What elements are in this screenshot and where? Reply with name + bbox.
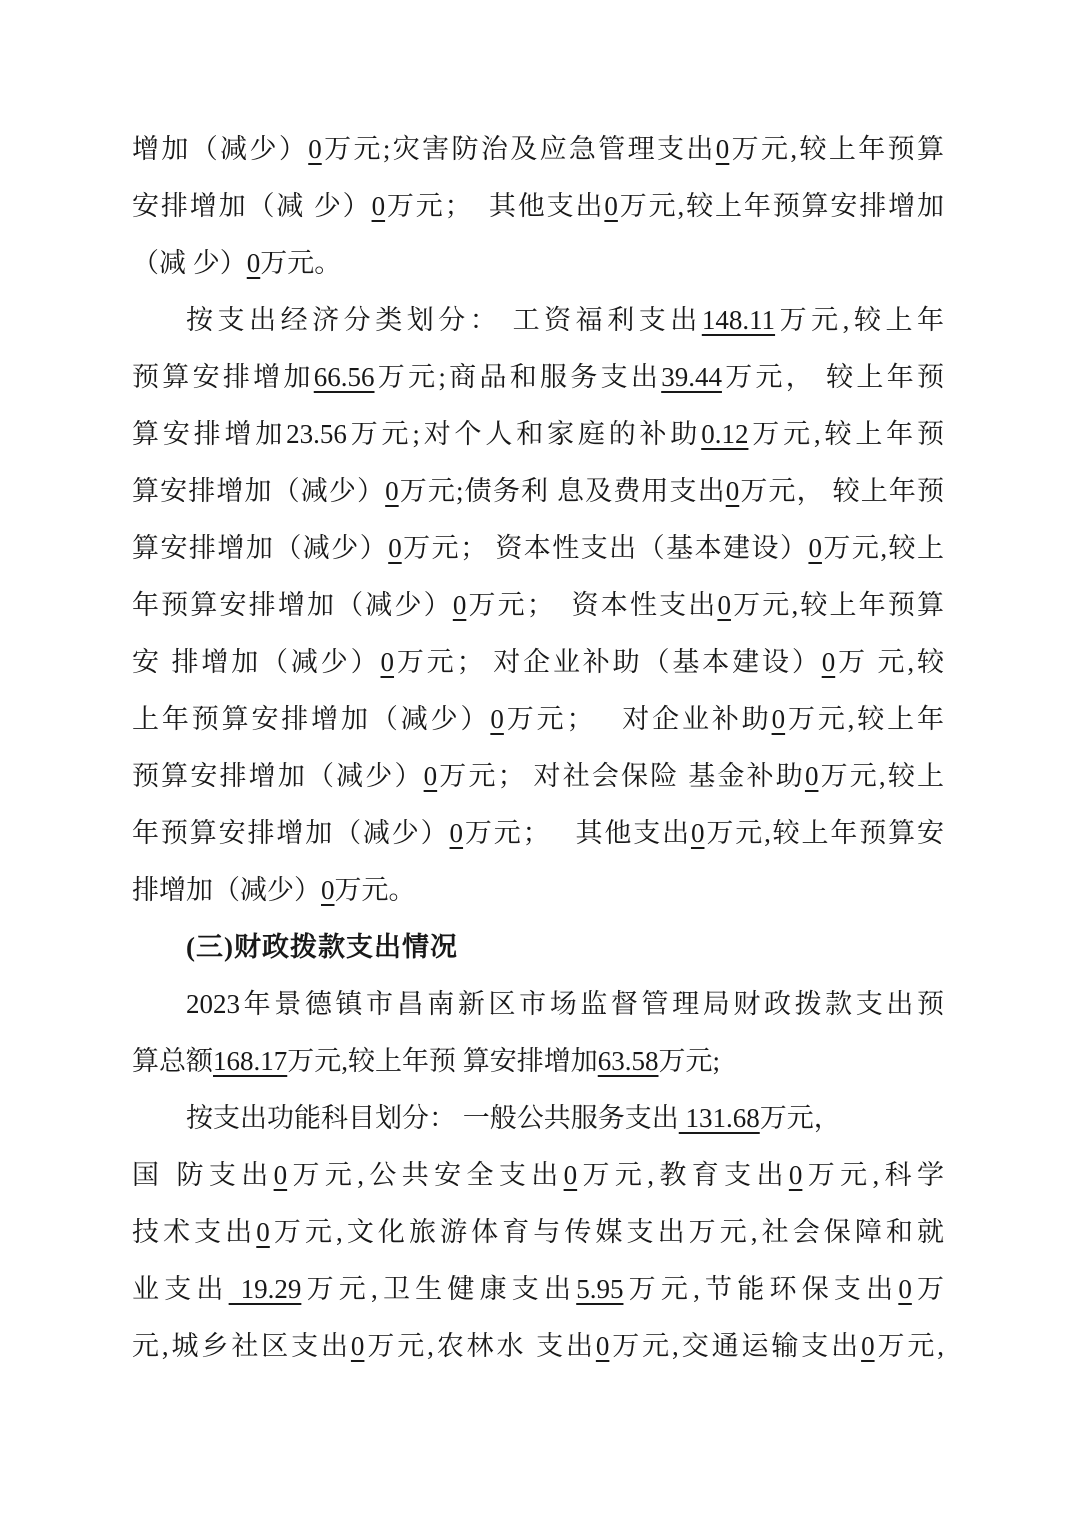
text-line: 排增加（减少）0万元。 <box>132 862 944 919</box>
text-segment: 万元, <box>875 1331 944 1361</box>
text-line: 算安排增加（减少）0万元； 资本性支出（基本建设）0万元,较上 <box>132 520 944 577</box>
text-segment: 万元;灾害防治及应急管理支出 <box>322 134 716 164</box>
text-segment: 排增加（减少） <box>132 875 321 905</box>
underlined-value: 0 <box>861 1331 875 1361</box>
text-segment: 万 <box>912 1274 944 1304</box>
text-segment: 万元,教育支出 <box>577 1160 789 1190</box>
text-line: 技术支出0万元,文化旅游体育与传媒支出万元,社会保障和就 <box>132 1204 944 1261</box>
underlined-value: 131.68 <box>679 1103 760 1133</box>
text-segment: 算总额 <box>132 1046 213 1076</box>
text-segment: (三)财政拨款支出情况 <box>186 932 458 962</box>
text-line: 预算安排增加66.56万元;商品和服务支出39.44万元， 较上年预 <box>132 349 944 406</box>
text-segment: 预算安排增加（减少） <box>132 761 424 791</box>
text-line: 算安排增加（减少）0万元;债务利 息及费用支出0万元， 较上年预 <box>132 463 944 520</box>
text-segment: 万元； 资本性支出（基本建设） <box>402 533 809 563</box>
underlined-value: 0 <box>822 647 836 677</box>
underlined-value: 63.58 <box>598 1046 659 1076</box>
text-segment: 元,城乡社区支出 <box>132 1331 351 1361</box>
underlined-value: 0 <box>247 248 261 278</box>
text-segment: 2023年景德镇市昌南新区市场监督管理局财政拨款支出预 <box>186 989 944 1019</box>
text-segment: 万元,较上年预算安排增加 <box>618 191 944 221</box>
text-line: 年预算安排增加（减少）0万元； 资本性支出0万元,较上年预算 <box>132 577 944 634</box>
underlined-value: 0 <box>564 1160 578 1190</box>
underlined-value: 0 <box>256 1217 270 1247</box>
text-segment: 万元,较上 <box>818 761 944 791</box>
text-segment: 万元,较上年预 <box>748 419 944 449</box>
underlined-value: 0 <box>381 647 395 677</box>
underlined-value: 0 <box>691 818 705 848</box>
text-line: （减 少）0万元。 <box>132 235 944 292</box>
underlined-value: 0 <box>772 704 786 734</box>
document-page: 增加（减少）0万元;灾害防治及应急管理支出0万元,较上年预算安排增加（减 少）0… <box>0 0 1074 1520</box>
text-line: 算总额168.17万元,较上年预 算安排增加63.58万元; <box>132 1033 944 1090</box>
text-segment: 万元,节能环保支出 <box>623 1274 898 1304</box>
text-line: 增加（减少）0万元;灾害防治及应急管理支出0万元,较上年预算 <box>132 121 944 178</box>
underlined-value: 39.44 <box>661 362 722 392</box>
text-segment: （减 少） <box>132 248 247 278</box>
underlined-value: 0 <box>385 476 399 506</box>
underlined-value: 0 <box>789 1160 803 1190</box>
text-segment: 万元； 对企业补助（基本建设） <box>394 647 822 677</box>
text-segment: 万元,较上年预算安 <box>704 818 944 848</box>
underlined-value: 0 <box>726 476 740 506</box>
text-segment: 业支出 <box>132 1274 229 1304</box>
text-segment: 算安排增加23.56万元;对个人和家庭的补助 <box>132 419 701 449</box>
text-line: 元,城乡社区支出0万元,农林水 支出0万元,交通运输支出0万元, <box>132 1318 944 1375</box>
text-segment: 按支出经济分类划分： 工资福利支出 <box>186 305 702 335</box>
text-segment: 技术支出 <box>132 1217 256 1247</box>
text-segment: 万元； 其他支出 <box>385 191 604 221</box>
text-segment: 万元,较上年预算 <box>731 590 944 620</box>
text-segment: 万元,卫生健康支出 <box>301 1274 576 1304</box>
text-segment: 万元;债务利 息及费用支出 <box>399 476 726 506</box>
text-segment: 万元， 较上年预 <box>739 476 944 506</box>
underlined-value: 148.11 <box>702 305 775 335</box>
text-line: 按支出经济分类划分： 工资福利支出148.11万元,较上年 <box>132 292 944 349</box>
underlined-value: 0 <box>716 134 730 164</box>
underlined-value: 0 <box>388 533 402 563</box>
text-line: 2023年景德镇市昌南新区市场监督管理局财政拨款支出预 <box>132 976 944 1033</box>
text-line: 上年预算安排增加（减少）0万元； 对企业补助0万元,较上年 <box>132 691 944 748</box>
underlined-value: 0.12 <box>701 419 748 449</box>
underlined-value: 0 <box>596 1331 610 1361</box>
text-segment: 万元,较上 <box>822 533 944 563</box>
underlined-value: 0 <box>450 818 464 848</box>
text-segment: 预算安排增加 <box>132 362 314 392</box>
text-line: 算安排增加23.56万元;对个人和家庭的补助0.12万元,较上年预 <box>132 406 944 463</box>
text-segment: 万元， 较上年预 <box>722 362 944 392</box>
underlined-value: 0 <box>805 761 819 791</box>
underlined-value: 5.95 <box>576 1274 623 1304</box>
text-line: 国 防支出0万元,公共安全支出0万元,教育支出0万元,科学 <box>132 1147 944 1204</box>
text-line: 年预算安排增加（减少）0万元； 其他支出0万元,较上年预算安 <box>132 805 944 862</box>
underlined-value: 0 <box>604 191 618 221</box>
text-segment: 增加（减少） <box>132 134 308 164</box>
text-segment: 万元; <box>659 1046 721 1076</box>
text-segment: 国 防支出 <box>132 1160 274 1190</box>
underlined-value: 0 <box>717 590 731 620</box>
text-line: 安排增加（减 少）0万元； 其他支出0万元,较上年预算安排增加 <box>132 178 944 235</box>
text-segment: 安排增加（减 少） <box>132 191 372 221</box>
text-segment: 万元,较上年 <box>785 704 944 734</box>
text-line: 按支出功能科目划分： 一般公共服务支出 131.68万元， <box>132 1090 944 1147</box>
underlined-value: 0 <box>274 1160 288 1190</box>
underlined-value: 0 <box>372 191 386 221</box>
text-line: 业支出 19.29万元,卫生健康支出5.95万元,节能环保支出0万 <box>132 1261 944 1318</box>
text-segment: 万元,交通运输支出 <box>609 1331 861 1361</box>
text-segment: 万元； 对社会保险 基金补助 <box>437 761 805 791</box>
underlined-value: 66.56 <box>314 362 375 392</box>
underlined-value: 19.29 <box>229 1274 302 1304</box>
text-segment: 万元,农林水 支出 <box>364 1331 595 1361</box>
underlined-value: 0 <box>308 134 322 164</box>
text-segment: 安 排增加（减少） <box>132 647 381 677</box>
text-segment: 年预算安排增加（减少） <box>132 818 450 848</box>
text-segment: 万元。 <box>335 875 416 905</box>
text-segment: 万元。 <box>260 248 341 278</box>
text-segment: 万元,较上年预算 <box>729 134 944 164</box>
text-segment: 上年预算安排增加（减少） <box>132 704 490 734</box>
underlined-value: 0 <box>453 590 467 620</box>
text-segment: 算安排增加（减少） <box>132 476 385 506</box>
underlined-value: 0 <box>898 1274 912 1304</box>
section-heading: (三)财政拨款支出情况 <box>132 919 944 976</box>
text-segment: 算安排增加（减少） <box>132 533 388 563</box>
document-text-block: 增加（减少）0万元;灾害防治及应急管理支出0万元,较上年预算安排增加（减 少）0… <box>132 121 944 1375</box>
text-line: 安 排增加（减少）0万元； 对企业补助（基本建设）0万 元,较 <box>132 634 944 691</box>
text-segment: 万元； 对企业补助 <box>504 704 772 734</box>
underlined-value: 168.17 <box>213 1046 287 1076</box>
text-segment: 万元； 其他支出 <box>463 818 691 848</box>
text-segment: 万元,科学 <box>802 1160 944 1190</box>
text-segment: 万元； 资本性支出 <box>466 590 717 620</box>
text-segment: 万元,较上年预 算安排增加 <box>287 1046 598 1076</box>
text-segment: 按支出功能科目划分： 一般公共服务支出 <box>186 1103 679 1133</box>
underlined-value: 0 <box>351 1331 365 1361</box>
text-segment: 年预算安排增加（减少） <box>132 590 453 620</box>
underlined-value: 0 <box>808 533 822 563</box>
underlined-value: 0 <box>490 704 504 734</box>
text-segment: 万元,较上年 <box>775 305 944 335</box>
text-segment: 万元,文化旅游体育与传媒支出万元,社会保障和就 <box>270 1217 944 1247</box>
text-segment: 万元， <box>760 1103 841 1133</box>
text-line: 预算安排增加（减少）0万元； 对社会保险 基金补助0万元,较上 <box>132 748 944 805</box>
text-segment: 万元,公共安全支出 <box>287 1160 564 1190</box>
text-segment: 万元;商品和服务支出 <box>375 362 662 392</box>
text-segment: 万 元,较 <box>835 647 944 677</box>
underlined-value: 0 <box>424 761 438 791</box>
underlined-value: 0 <box>321 875 335 905</box>
